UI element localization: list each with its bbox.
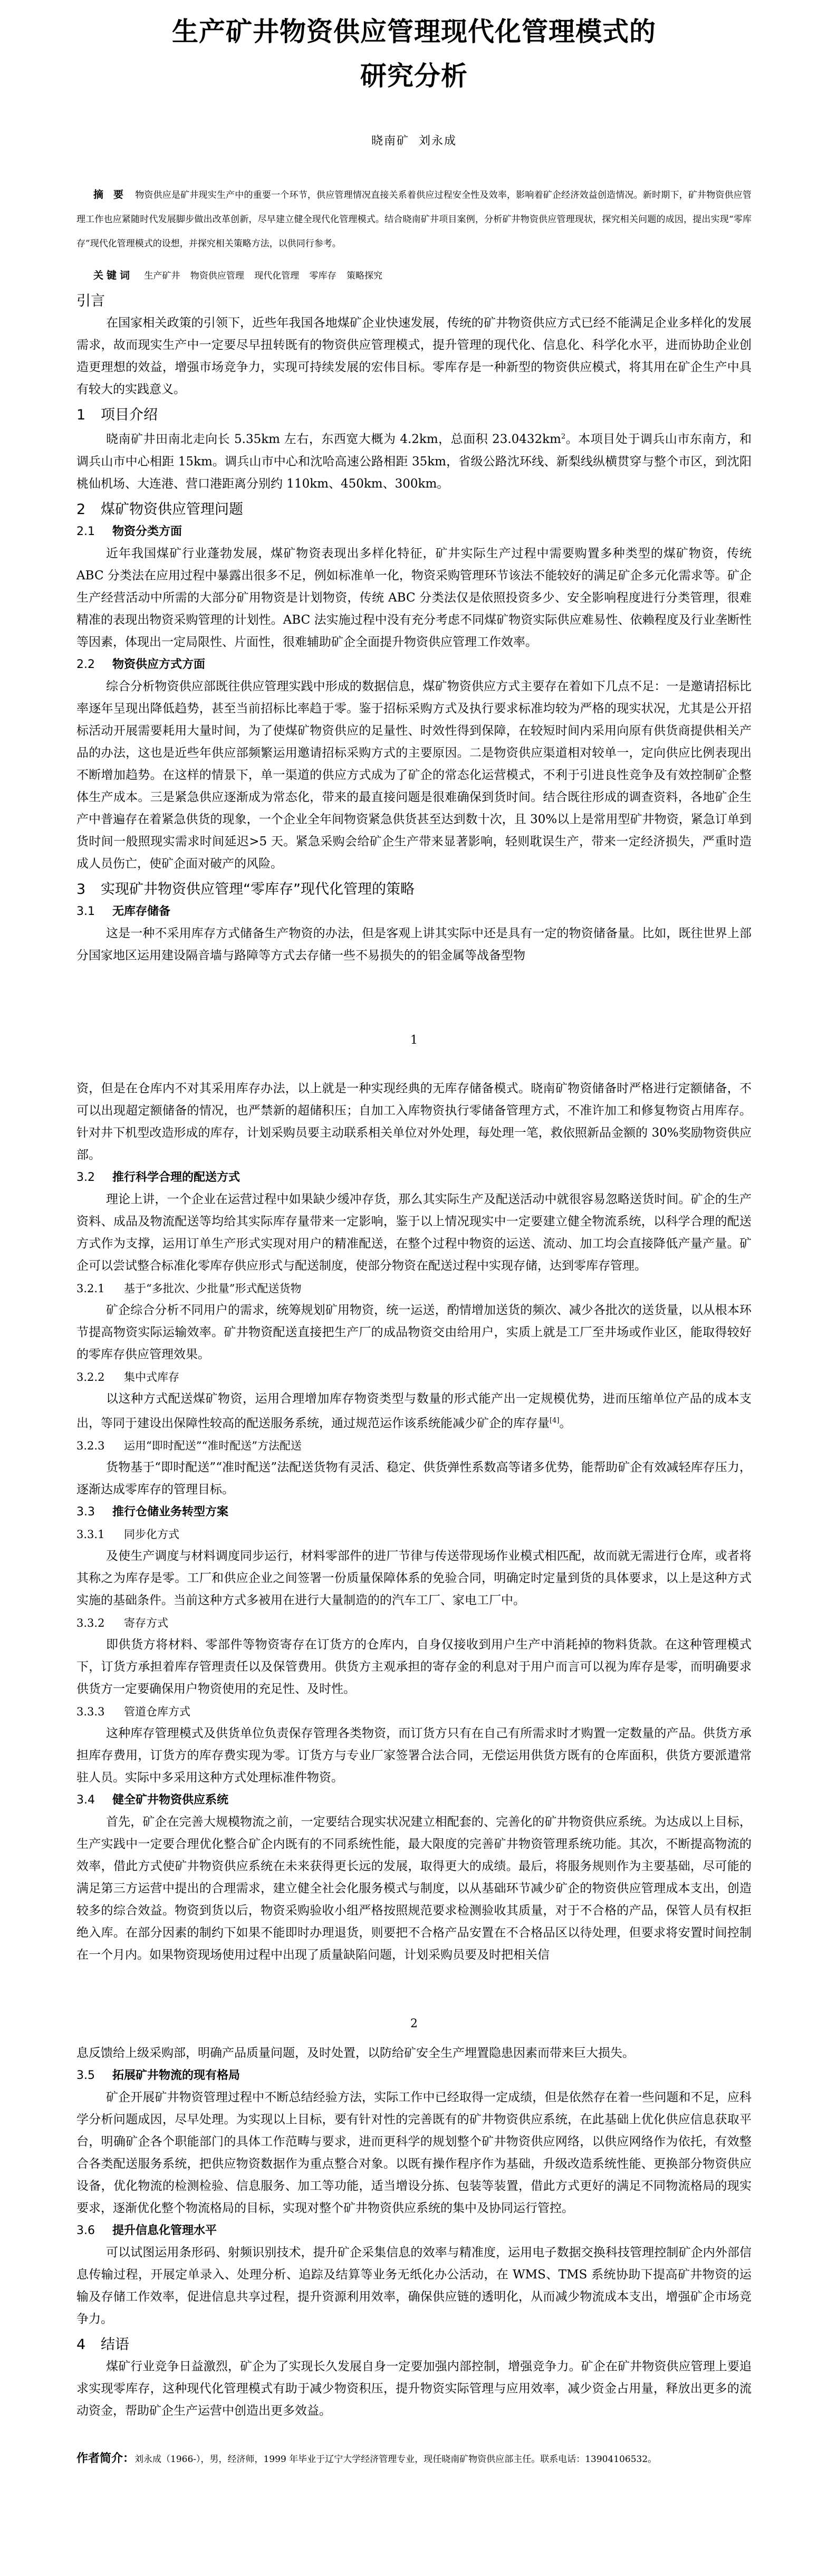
author-bio: 作者简介：刘永成（1966-），男，经济师，1999 年毕业于辽宁大学经济管理专… [76,2448,752,2470]
title-line-2: 研究分析 [360,61,468,91]
paragraph: 货物基于“即时配送”“准时配送”法配送货物有灵活、稳定、供货弹性系数高等诸多优势… [76,1456,752,1501]
subsection-heading-2-1: 2.1物资分类方面 [76,521,752,542]
paragraph: 可以试图运用条形码、射频识别技术，提升矿企采集信息的效率与精准度，运用电子数据交… [76,2241,752,2330]
paragraph: 及使生产调度与材料调度同步运行，材料零部件的进厂节律与传送带现场作业模式相匹配，… [76,1545,752,1611]
keywords: 关键词 生产矿井 物资供应管理 现代化管理 零库存 策略探究 [76,265,752,287]
keyword: 策略探究 [347,271,382,281]
section-heading-3: 3实现矿井物资供应管理“零库存”现代化管理的策略 [76,879,752,900]
subsubsection-heading-3-3-1: 3.3.1同步化方式 [76,1524,752,1545]
paragraph: 这是一种不采用库存方式储备生产物资的办法，但是客观上讲其实际中还是具有一定的物资… [76,922,752,967]
paragraph: 矿企开展矿井物资管理过程中不断总结经验方法，实际工作中已经取得一定成绩，但是依然… [76,2086,752,2219]
subsubsection-heading-3-3-2: 3.3.2寄存方式 [76,1613,752,1634]
section-heading-2: 2煤矿物资供应管理问题 [76,499,752,520]
page-2: 资，但是在仓库内不对其采用库存办法，以上就是一种实现经典的无库存储备模式。晓南矿… [0,1077,837,2043]
section-heading-1: 1项目介绍 [76,405,752,426]
paragraph: 晓南矿井田南北走向长 5.35km 左右，东西宽大概为 4.2km，总面积 23… [76,426,752,495]
paragraph: 首先，矿企在完善大规模物流之前，一定要结合现实状况建立相配套的、完善化的矿井物资… [76,1811,752,1966]
subsubsection-heading-3-3-3: 3.3.3管道仓库方式 [76,1701,752,1722]
paragraph-continued: 资，但是在仓库内不对其采用库存办法，以上就是一种实现经典的无库存储备模式。晓南矿… [76,1077,752,1166]
keyword: 现代化管理 [254,271,299,281]
paper-title: 生产矿井物资供应管理现代化管理模式的 研究分析 [76,0,752,98]
paragraph: 近年我国煤矿行业蓬勃发展，煤矿物资表现出多样化特征，矿井实际生产过程中需要购置多… [76,542,752,653]
page-number: 1 [76,1030,752,1051]
subsection-heading-3-4: 3.4健全矿井物资供应系统 [76,1790,752,1811]
paragraph: 即供货方将材料、零部件等物资寄存在订货方的仓库内，自身仅接收到用户生产中消耗掉的… [76,1634,752,1700]
section-heading-intro: 引言 [76,291,752,312]
page-number: 2 [76,2014,752,2035]
subsubsection-heading-3-2-2: 3.2.2集中式库存 [76,1367,752,1388]
page-3: 息反馈给上级采购部，明确产品质量问题，及时处置，以防给矿安全生产埋置隐患因素而带… [0,2042,837,2470]
title-line-1: 生产矿井物资供应管理现代化管理模式的 [172,16,656,47]
paragraph: 综合分析物资供应部既往供应管理实践中形成的数据信息，煤矿物资供应方式主要存在着如… [76,675,752,875]
abstract-text: 物资供应是矿井现实生产中的重要一个环节，供应管理情况直接关系着供应过程安全性及效… [76,190,752,249]
paragraph: 这种库存管理模式及供货单位负责保存管理各类物资，而订货方只有在自己有所需求时才购… [76,1722,752,1789]
subsection-heading-2-2: 2.2物资供应方式方面 [76,654,752,675]
keyword: 生产矿井 [144,271,180,281]
subsection-heading-3-2: 3.2推行科学合理的配送方式 [76,1167,752,1188]
abstract-label: 摘 要 [93,189,127,201]
citation[interactable]: [4] [550,1417,559,1425]
keyword: 物资供应管理 [190,271,244,281]
paragraph: 理论上讲，一个企业在运营过程中如果缺少缓冲存货，那么其实际生产及配送活动中就很容… [76,1188,752,1277]
abstract: 摘 要物资供应是矿井现实生产中的重要一个环节，供应管理情况直接关系着供应过程安全… [76,183,752,256]
subsection-heading-3-6: 3.6提升信息化管理水平 [76,2220,752,2241]
subsection-heading-3-5: 3.5拓展矿井物流的现有格局 [76,2065,752,2086]
paragraph: 以这种方式配送煤矿物资，运用合理增加库存物资类型与数量的形式能产出一定规模优势，… [76,1388,752,1435]
section-heading-4: 4结语 [76,2334,752,2355]
author-line: 晓南矿刘永成 [76,131,752,152]
author-bio-label: 作者简介： [76,2452,134,2465]
paragraph: 煤矿行业竞争日益激烈，矿企为了实现长久发展自身一定要加强内部控制，增强竞争力。矿… [76,2355,752,2422]
subsubsection-heading-3-2-3: 3.2.3运用“即时配送”“准时配送”方法配送 [76,1435,752,1456]
paragraph-continued: 息反馈给上级采购部，明确产品质量问题，及时处置，以防给矿安全生产埋置隐患因素而带… [76,2042,752,2064]
author-bio-text: 刘永成（1966-），男，经济师，1999 年毕业于辽宁大学经济管理专业，现任晓… [134,2454,657,2465]
keyword: 零库存 [310,271,336,281]
keywords-label: 关键词 [93,270,133,281]
paragraph: 矿企综合分析不同用户的需求，统筹规划矿用物资，统一运送，酌情增加送货的频次、减少… [76,1299,752,1366]
subsubsection-heading-3-2-1: 3.2.1基于“多批次、少批量”形式配送货物 [76,1278,752,1299]
paragraph: 在国家相关政策的引领下，近些年我国各地煤矿企业快速发展，传统的矿井物资供应方式已… [76,312,752,400]
author-affiliation: 晓南矿 [371,135,409,148]
subsection-heading-3-3: 3.3推行仓储业务转型方案 [76,1502,752,1523]
page-1: 生产矿井物资供应管理现代化管理模式的 研究分析 晓南矿刘永成 摘 要物资供应是矿… [0,0,837,1077]
author-name: 刘永成 [419,135,457,148]
subsection-heading-3-1: 3.1无库存储备 [76,901,752,922]
